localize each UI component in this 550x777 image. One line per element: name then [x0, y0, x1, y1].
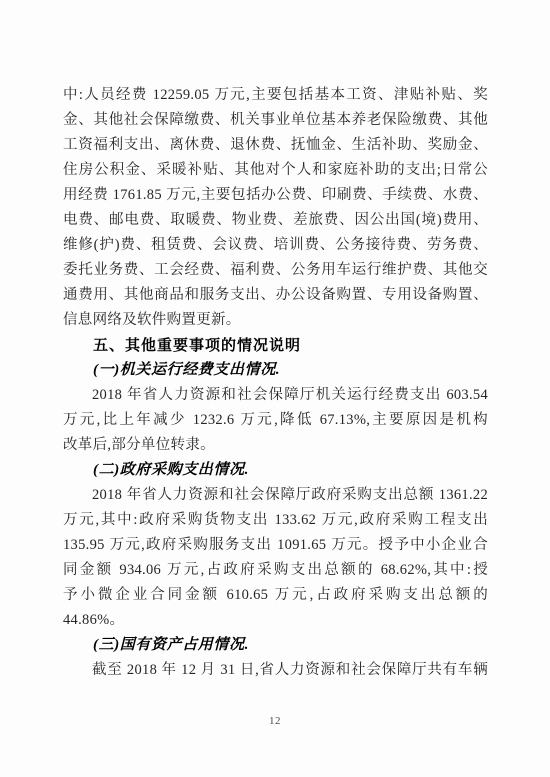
- para1-line-3: 工资福利支出、离休费、退休费、抚恤金、生活补助、奖励金、: [63, 133, 488, 158]
- para1-line-10: 信息网络及软件购置更新。: [63, 308, 488, 333]
- para1-line-8: 委托业务费、工会经费、福利费、公务用车运行维护费、其他交: [63, 258, 488, 283]
- para1-line-5: 用经费 1761.85 万元,主要包括办公费、印刷费、手续费、水费、: [63, 183, 488, 208]
- subsection-heading-government-procurement: (二)政府采购支出情况.: [63, 458, 488, 483]
- sub3-line-1: 截至 2018 年 12 月 31 日,省人力资源和社会保障厅共有车辆: [63, 658, 488, 683]
- document-body: 中:人员经费 12259.05 万元,主要包括基本工资、津贴补贴、奖 金、其他社…: [63, 83, 488, 683]
- para1-line-4: 住房公积金、采暖补贴、其他对个人和家庭补助的支出;日常公: [63, 158, 488, 183]
- sub2-line-6: 44.86%。: [63, 608, 488, 633]
- para1-line-9: 通费用、其他商品和服务支出、办公设备购置、专用设备购置、: [63, 283, 488, 308]
- sub2-line-1: 2018 年省人力资源和社会保障厅政府采购支出总额 1361.22: [63, 483, 488, 508]
- sub2-line-4: 同金额 934.06 万元,占政府采购支出总额的 68.62%,其中:授: [63, 558, 488, 583]
- sub2-line-2: 万元,其中:政府采购货物支出 133.62 万元,政府采购工程支出: [63, 508, 488, 533]
- page-number: 12: [0, 714, 550, 728]
- para1-line-7: 维修(护)费、租赁费、会议费、培训费、公务接待费、劳务费、: [63, 233, 488, 258]
- section-heading-other-important-matters: 五、其他重要事项的情况说明: [63, 333, 488, 358]
- subsection-heading-agency-operating-expense: (一)机关运行经费支出情况.: [63, 358, 488, 383]
- para1-line-6: 电费、邮电费、取暖费、物业费、差旅费、因公出国(境)费用、: [63, 208, 488, 233]
- sub1-line-1: 2018 年省人力资源和社会保障厅机关运行经费支出 603.54: [63, 383, 488, 408]
- sub1-line-2: 万元,比上年减少 1232.6 万元,降低 67.13%,主要原因是机构: [63, 408, 488, 433]
- sub1-line-3: 改革后,部分单位转隶。: [63, 433, 488, 458]
- sub2-line-5: 予小微企业合同金额 610.65 万元,占政府采购支出总额的: [63, 583, 488, 608]
- para1-line-1: 中:人员经费 12259.05 万元,主要包括基本工资、津贴补贴、奖: [63, 83, 488, 108]
- sub2-line-3: 135.95 万元,政府采购服务支出 1091.65 万元。授予中小企业合: [63, 533, 488, 558]
- para1-line-2: 金、其他社会保障缴费、机关事业单位基本养老保险缴费、其他: [63, 108, 488, 133]
- subsection-heading-state-owned-assets: (三)国有资产占用情况.: [63, 633, 488, 658]
- document-page: 中:人员经费 12259.05 万元,主要包括基本工资、津贴补贴、奖 金、其他社…: [0, 0, 550, 777]
